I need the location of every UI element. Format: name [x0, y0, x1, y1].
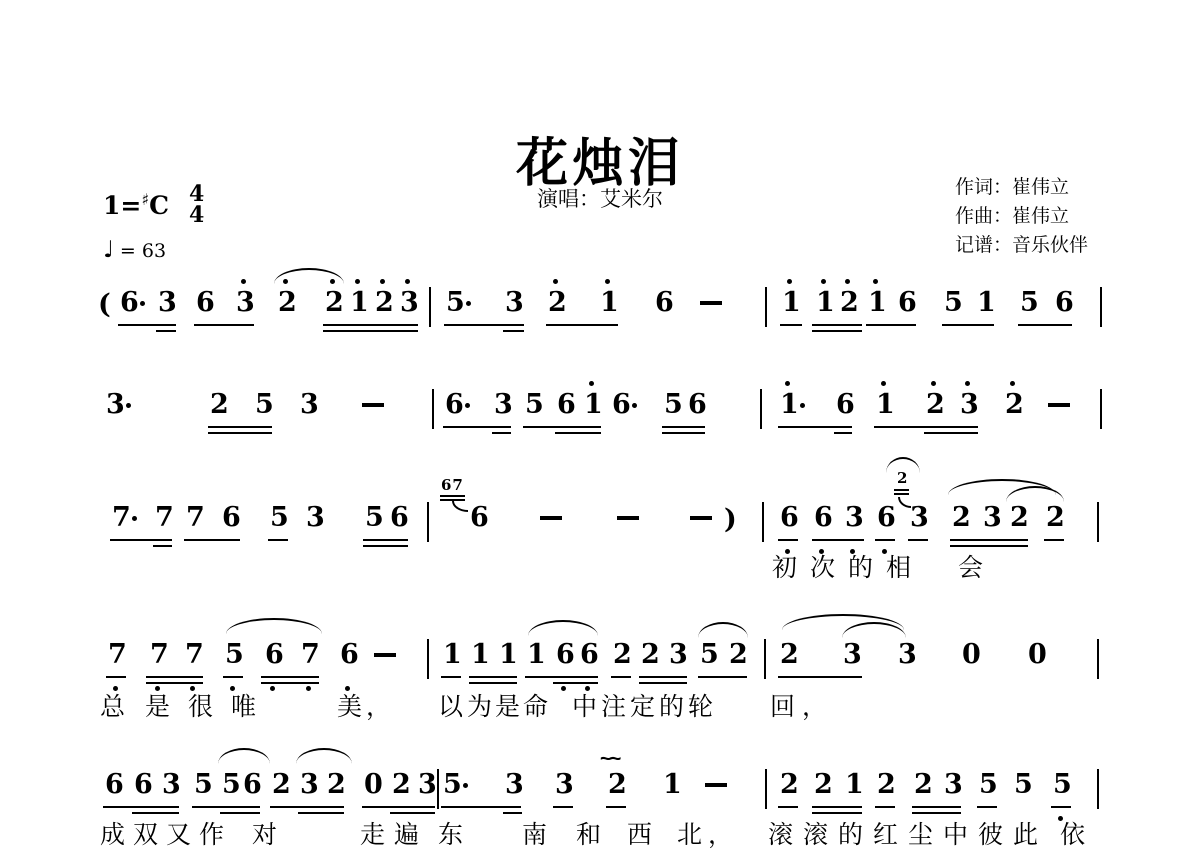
note-6: 6	[134, 770, 153, 800]
beam-underline	[639, 676, 687, 678]
octave-dot-high	[931, 381, 936, 386]
digit: 7	[108, 640, 127, 670]
note-5: 5	[1053, 770, 1072, 800]
note-2: 2	[278, 288, 297, 318]
digit: 3	[306, 503, 325, 533]
octave-dot-high	[241, 279, 246, 284]
note-2: 2	[877, 770, 896, 800]
digit: (	[98, 290, 111, 320]
digit: 5	[1053, 770, 1072, 800]
lyric-syllable: 为	[467, 694, 492, 720]
note-3: 3	[236, 288, 255, 318]
octave-dot-low	[190, 686, 195, 691]
beam-underline	[553, 806, 573, 808]
barline	[427, 639, 429, 679]
beam-underline	[698, 676, 747, 678]
beam-underline	[208, 432, 272, 434]
note-7: 7	[150, 640, 169, 670]
digit: 3	[983, 503, 1002, 533]
lyric-syllable: 会	[958, 555, 983, 581]
tempo-value: = 63	[120, 240, 166, 262]
lyric-syllable: 东	[438, 822, 463, 848]
digit: 1	[443, 640, 462, 670]
digit: 5	[365, 503, 384, 533]
grace-tie	[452, 501, 468, 512]
digit: 5	[944, 288, 963, 318]
beam-underline	[874, 426, 978, 428]
credit-transcriber: 记谱：音乐伙伴	[955, 231, 1088, 260]
digit: 1	[471, 640, 490, 670]
digit: 5	[979, 770, 998, 800]
octave-dot-high	[787, 279, 792, 284]
digit: 3	[418, 770, 437, 800]
note-7: 7	[301, 640, 320, 670]
note-3: 3	[300, 390, 319, 420]
digit: 3	[669, 640, 688, 670]
digit: 3	[162, 770, 181, 800]
duration-dot	[463, 783, 468, 788]
digit: 1	[600, 288, 619, 318]
beam-underline	[875, 539, 895, 541]
beam-underline	[103, 806, 179, 808]
octave-dot-high	[1010, 381, 1015, 386]
digit: 2	[877, 770, 896, 800]
lyric-syllable: 的	[838, 822, 863, 848]
beam-underline	[912, 806, 961, 808]
beam-underline	[503, 330, 524, 332]
beam-underline	[662, 432, 705, 434]
barline	[1097, 769, 1099, 809]
digit: 2	[926, 390, 945, 420]
note-3: 3	[418, 770, 437, 800]
note-5: 5	[255, 390, 274, 420]
note-5: 5	[1014, 770, 1033, 800]
digit: 0	[1028, 640, 1047, 670]
beam-underline	[441, 676, 461, 678]
slur-arc	[886, 457, 920, 473]
digit: 3	[843, 640, 862, 670]
duration-dash	[362, 403, 384, 407]
lyric-syllable: 是	[145, 694, 170, 720]
lyric-syllable: 红	[873, 822, 898, 848]
lyric-syllable: 回	[770, 694, 795, 720]
digit: 1	[527, 640, 546, 670]
octave-dot-high	[380, 279, 385, 284]
digit: 5	[664, 390, 683, 420]
beam-underline	[662, 426, 705, 428]
note-5: 5	[664, 390, 683, 420]
beam-underline	[268, 539, 288, 541]
note-6: 6	[340, 640, 359, 670]
note-1: 1	[499, 640, 518, 670]
note-6: 6	[556, 640, 575, 670]
note-2: 2	[926, 390, 945, 420]
note-3: 3	[845, 503, 864, 533]
lyric-syllable: 定	[630, 694, 655, 720]
barline	[429, 287, 431, 327]
note-2: 2	[1005, 390, 1024, 420]
note-5: 5	[979, 770, 998, 800]
beam-underline	[118, 324, 176, 326]
beam-underline	[950, 539, 1028, 541]
note-6: 6	[814, 503, 833, 533]
lyric-syllable: 总	[100, 694, 125, 720]
lyric-syllable: 南	[522, 822, 547, 848]
note-1: 1	[471, 640, 490, 670]
beam-underline	[894, 489, 909, 491]
lyric-syllable: 滚	[768, 822, 793, 848]
note-3: 3	[910, 503, 929, 533]
digit: 6	[877, 503, 896, 533]
digit: 6	[557, 390, 576, 420]
beam-underline	[1018, 324, 1072, 326]
octave-dot-high	[405, 279, 410, 284]
duration-dot	[466, 301, 471, 306]
beam-underline	[525, 676, 598, 678]
lyric-syllable: ，	[802, 694, 827, 720]
beam-underline	[261, 682, 319, 684]
note-5: 5	[222, 770, 241, 800]
credit-lyricist: 作词：崔伟立	[955, 173, 1088, 202]
lyric-syllable: 轮	[688, 694, 713, 720]
lyric-syllable: 走	[360, 822, 385, 848]
digit: 2	[840, 288, 859, 318]
digit: 5	[194, 770, 213, 800]
octave-dot-low	[306, 686, 311, 691]
barline	[1100, 287, 1102, 327]
lyric-syllable: 是	[495, 694, 520, 720]
lyric-syllable: 对	[252, 822, 277, 848]
note-5: 5	[944, 288, 963, 318]
note-1: 1	[663, 770, 682, 800]
beam-underline	[523, 426, 601, 428]
note-6: 6	[470, 503, 489, 533]
octave-dot-high	[605, 279, 610, 284]
digit: 7	[150, 640, 169, 670]
time-denominator: 4	[189, 205, 204, 226]
note-3: 3	[400, 288, 419, 318]
note-6: 6	[196, 288, 215, 318]
digit: 0	[962, 640, 981, 670]
note-1: 1	[868, 288, 887, 318]
digit: 6	[222, 503, 241, 533]
digit: 2	[375, 288, 394, 318]
note-2: 2	[814, 770, 833, 800]
barline	[762, 502, 764, 542]
duration-dash	[617, 516, 639, 520]
note-6: 6	[557, 390, 576, 420]
digit: 5	[443, 770, 462, 800]
lyric-syllable: 和	[576, 822, 601, 848]
note-5: 5	[443, 770, 462, 800]
octave-dot-high	[845, 279, 850, 284]
beam-underline	[469, 676, 517, 678]
digit: 3	[236, 288, 255, 318]
note-1: 1	[977, 288, 996, 318]
digit: 2	[729, 640, 748, 670]
barline	[1097, 639, 1099, 679]
lyric-syllable: 又	[166, 822, 191, 848]
duration-dot	[800, 403, 805, 408]
lyric-syllable: 美	[337, 694, 362, 720]
digit: 2	[641, 640, 660, 670]
digit: 6	[898, 288, 917, 318]
digit: 1	[584, 390, 603, 420]
slur-arc	[226, 618, 322, 634]
beam-underline	[812, 330, 862, 332]
beam-underline	[220, 812, 260, 814]
lyric-syllable: 双	[133, 822, 158, 848]
digit: 3	[494, 390, 513, 420]
digit: 3	[158, 288, 177, 318]
octave-dot-high	[589, 381, 594, 386]
beam-underline	[812, 539, 864, 541]
note-3: 3	[983, 503, 1002, 533]
duration-dash	[374, 653, 396, 657]
digit: 5	[446, 288, 465, 318]
octave-dot-high	[355, 279, 360, 284]
beam-underline	[440, 499, 465, 501]
beam-underline	[363, 545, 408, 547]
beam-underline	[492, 432, 511, 434]
beam-underline	[606, 806, 626, 808]
octave-dot-low	[113, 686, 118, 691]
lyric-syllable: ，	[366, 694, 391, 720]
lyric-syllable: 唯	[231, 694, 256, 720]
beam-underline	[1051, 806, 1071, 808]
digit: 3	[300, 770, 319, 800]
note-3: 3	[158, 288, 177, 318]
digit: 3	[944, 770, 963, 800]
duration-dot	[140, 301, 145, 306]
digit: 2	[327, 770, 346, 800]
digit: 7	[301, 640, 320, 670]
lyric-syllable: ，	[708, 822, 733, 848]
beam-underline	[184, 539, 240, 541]
note-2: 2	[272, 770, 291, 800]
beam-underline	[778, 676, 862, 678]
note-1: 1	[584, 390, 603, 420]
beam-underline	[812, 806, 862, 808]
note-1: 1	[782, 288, 801, 318]
digit: 5	[525, 390, 544, 420]
note-6: 6	[445, 390, 464, 420]
digit: 6	[120, 288, 139, 318]
beam-underline	[639, 682, 687, 684]
beam-underline	[444, 324, 524, 326]
digit: 3	[898, 640, 917, 670]
sheet-music-page: 花烛泪 演唱：艾米尔 作词：崔伟立 作曲：崔伟立 记谱：音乐伙伴 1=♯C 4 …	[0, 0, 1200, 850]
digit: 3	[400, 288, 419, 318]
note-3: 3	[494, 390, 513, 420]
slur-arc	[698, 622, 748, 638]
note-5: 5	[270, 503, 289, 533]
octave-dot-high	[553, 279, 558, 284]
beam-underline	[192, 806, 260, 808]
note-6: 6	[1055, 288, 1074, 318]
digit: 6	[445, 390, 464, 420]
note-3: 3	[960, 390, 979, 420]
beam-underline	[950, 545, 1028, 547]
note-3: 3	[300, 770, 319, 800]
digit: 1	[876, 390, 895, 420]
barline	[1100, 389, 1102, 429]
note-6: 6	[265, 640, 284, 670]
note-3: 3	[843, 640, 862, 670]
duration-dot	[126, 403, 131, 408]
beam-underline	[146, 682, 203, 684]
note-2: 2	[840, 288, 859, 318]
quarter-note-icon: ♩	[103, 237, 114, 263]
barline	[765, 769, 767, 809]
octave-dot-low	[585, 686, 590, 691]
beam-underline	[469, 682, 517, 684]
digit: 1	[845, 770, 864, 800]
note-1: 1	[443, 640, 462, 670]
digit: 2	[1005, 390, 1024, 420]
digit: 6	[470, 503, 489, 533]
note-3: 3	[505, 770, 524, 800]
note-6: 6	[612, 390, 631, 420]
beam-underline	[390, 812, 435, 814]
digit: 6	[105, 770, 124, 800]
digit: 2	[392, 770, 411, 800]
note-2: 2	[608, 770, 627, 800]
beam-underline	[261, 676, 319, 678]
beam-underline	[812, 812, 862, 814]
note-3: 3	[669, 640, 688, 670]
duration-dot	[632, 403, 637, 408]
digit: 3	[300, 390, 319, 420]
digit: 2	[780, 640, 799, 670]
barline	[427, 502, 429, 542]
digit: 6	[265, 640, 284, 670]
beam-underline	[443, 426, 511, 428]
lyric-syllable: 成	[100, 822, 125, 848]
note-1: 1	[527, 640, 546, 670]
beam-underline	[194, 324, 254, 326]
digit: 1	[780, 390, 799, 420]
note-3: 3	[898, 640, 917, 670]
key-letter: C	[149, 191, 169, 220]
note-2: 2	[729, 640, 748, 670]
note-2: 2	[1046, 503, 1065, 533]
digit: )	[724, 505, 737, 535]
note-1: 1	[780, 390, 799, 420]
beam-underline	[611, 676, 631, 678]
digit: 2	[914, 770, 933, 800]
digit: 2	[210, 390, 229, 420]
lyric-syllable: 此	[1013, 822, 1038, 848]
duration-dash	[690, 516, 712, 520]
beam-underline	[298, 812, 344, 814]
beam-underline	[553, 682, 598, 684]
digit: 6	[780, 503, 799, 533]
note-0: 0	[364, 770, 383, 800]
digit: 5	[270, 503, 289, 533]
barline	[760, 389, 762, 429]
lyric-syllable: 北	[677, 822, 702, 848]
note-6: 6	[655, 288, 674, 318]
note-2: 2	[375, 288, 394, 318]
digit: 1	[663, 770, 682, 800]
lyric-syllable: 的	[848, 555, 873, 581]
beam-underline	[363, 539, 408, 541]
note-6: 6	[120, 288, 139, 318]
note-5: 5	[194, 770, 213, 800]
lyric-syllable: 相	[886, 555, 911, 581]
duration-dash	[700, 301, 722, 305]
digit: 1	[977, 288, 996, 318]
key-prefix: 1=	[103, 191, 141, 220]
digit: 6	[196, 288, 215, 318]
digit: 1	[868, 288, 887, 318]
octave-dot-high	[881, 381, 886, 386]
digit: 1	[816, 288, 835, 318]
digit: 5	[700, 640, 719, 670]
note-6: 6	[222, 503, 241, 533]
mordent-icon: ~~	[600, 748, 619, 771]
digit: 2	[1046, 503, 1065, 533]
slur-arc	[528, 620, 598, 636]
beam-underline	[441, 806, 521, 808]
lyric-syllable: 次	[810, 555, 835, 581]
note-7: 7	[108, 640, 127, 670]
note-2: 2	[548, 288, 567, 318]
digit: 6	[814, 503, 833, 533]
beam-underline	[440, 495, 465, 497]
digit: 6	[390, 503, 409, 533]
digit: 5	[1020, 288, 1039, 318]
digit: 6	[580, 640, 599, 670]
note-6: 6	[836, 390, 855, 420]
beam-underline	[546, 324, 618, 326]
lyric-syllable: 尘	[908, 822, 933, 848]
lyric-syllable: 西	[627, 822, 652, 848]
slur-arc	[274, 268, 344, 284]
duration-dot	[465, 403, 470, 408]
digit: 3	[845, 503, 864, 533]
lyric-syllable: 以	[438, 694, 463, 720]
barline	[437, 769, 439, 809]
lyric-syllable: 注	[601, 694, 626, 720]
beam-underline	[208, 426, 272, 428]
note-1: 1	[600, 288, 619, 318]
beam-underline	[132, 812, 179, 814]
digit: 6	[243, 770, 262, 800]
beam-underline	[875, 806, 895, 808]
digit: 6	[836, 390, 855, 420]
octave-dot-high	[965, 381, 970, 386]
octave-dot-low	[561, 686, 566, 691]
note-2: 2	[613, 640, 632, 670]
note-3: 3	[306, 503, 325, 533]
beam-underline	[834, 432, 852, 434]
credits-block: 作词：崔伟立 作曲：崔伟立 记谱：音乐伙伴	[955, 173, 1088, 260]
note-6: 6	[580, 640, 599, 670]
beam-underline	[908, 539, 928, 541]
barline	[765, 287, 767, 327]
digit: 6	[556, 640, 575, 670]
digit: 1	[350, 288, 369, 318]
digit: 3	[505, 770, 524, 800]
parenthesis: )	[724, 499, 737, 535]
barline	[432, 389, 434, 429]
beam-underline	[924, 432, 978, 434]
note-3: 3	[162, 770, 181, 800]
digit: 5	[222, 770, 241, 800]
beam-underline	[1044, 539, 1064, 541]
